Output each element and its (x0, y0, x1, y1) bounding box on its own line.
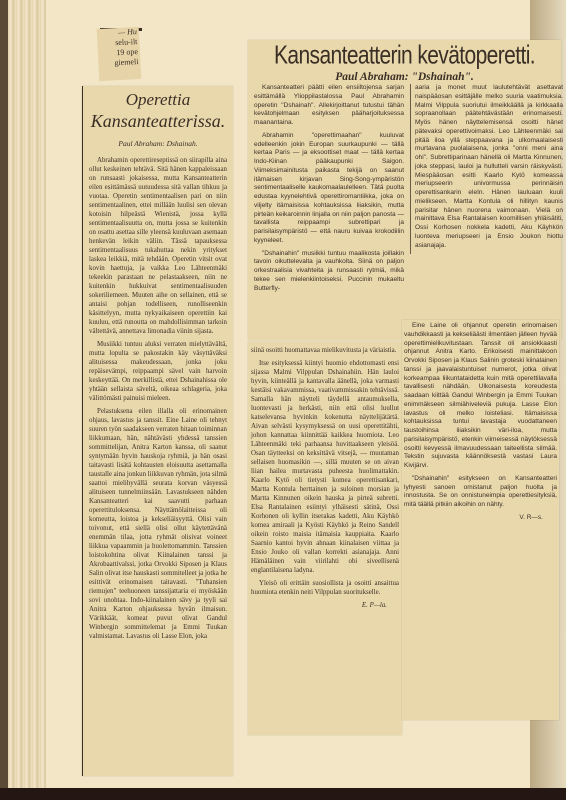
signature: E. P—la. (251, 601, 399, 610)
paragraph: aaria ja monet muut laulutehtävät asetta… (415, 84, 563, 250)
left-article-title-2: Kansanteatterissa. (83, 111, 233, 132)
middle-column-body: siinä osoitti huomattavaa mielikuvitusta… (248, 342, 402, 610)
right-lower-body: Eine Laine oli ohjannut operetin erinoma… (402, 320, 559, 523)
right-lower-clipping: Eine Laine oli ohjannut operetin erinoma… (402, 320, 559, 720)
right-article-col-1: Kansanteatteri päätti eilen ensiiltojens… (254, 84, 404, 297)
book-bottom-edge (0, 788, 566, 800)
paragraph: Itse esityksessä kiintyi huomio ehdottom… (251, 359, 399, 575)
fragment-line: giemeli (98, 57, 138, 69)
scrapbook-page: — Hu selu-ilt 19 ope giemeli Operettia K… (0, 0, 566, 788)
left-article-byline: Paul Abraham: Dshainah. (83, 139, 233, 148)
left-article-body: Abrahamin operettireseptissä on siirapil… (83, 156, 233, 641)
paragraph: siinä osoitti huomattavaa mielikuvitusta… (251, 346, 399, 355)
book-spine (0, 0, 8, 788)
signature: V. R—s. (404, 514, 557, 523)
torn-fragment: — Hu selu-ilt 19 ope giemeli (97, 27, 142, 81)
paragraph: Eine Laine oli ohjannut operetin erinoma… (404, 322, 557, 471)
paragraph: "Dshainahin" esitykseen on Kansanteatter… (404, 475, 557, 510)
right-article-clipping: Kansanteatterin kevätoperetti. Paul Abra… (248, 40, 561, 340)
left-article-clipping: Operettia Kansanteatterissa. Paul Abraha… (82, 86, 233, 776)
right-article-subtitle: Paul Abraham: "Dshainah". (248, 71, 561, 83)
right-article-col-2: aaria ja monet muut laulutehtävät asetta… (410, 84, 563, 254)
left-article-title: Operettia (83, 90, 233, 110)
paragraph: Kansanteatteri päätti eilen ensiiltojens… (254, 84, 404, 128)
paragraph: Musiikki tuntuu aluksi verraten mielyttä… (89, 340, 227, 403)
paragraph: "Dshainahin" musiikki tuntuu maalikosta … (254, 250, 404, 294)
middle-column-clipping: siinä osoitti huomattavaa mielikuvitusta… (248, 342, 402, 735)
paragraph: Abrahamin operettireseptissä on siirapil… (89, 156, 227, 336)
paragraph: Yleisö oli erittäin suosiollista ja osoi… (251, 579, 399, 597)
right-article-title: Kansanteatterin kevätoperetti. (248, 41, 561, 71)
paragraph: Pelastuksena eilen illalla oli erinomain… (89, 407, 227, 641)
paragraph: Abrahamin "operettimaahan" kuuluvat edel… (254, 132, 404, 246)
